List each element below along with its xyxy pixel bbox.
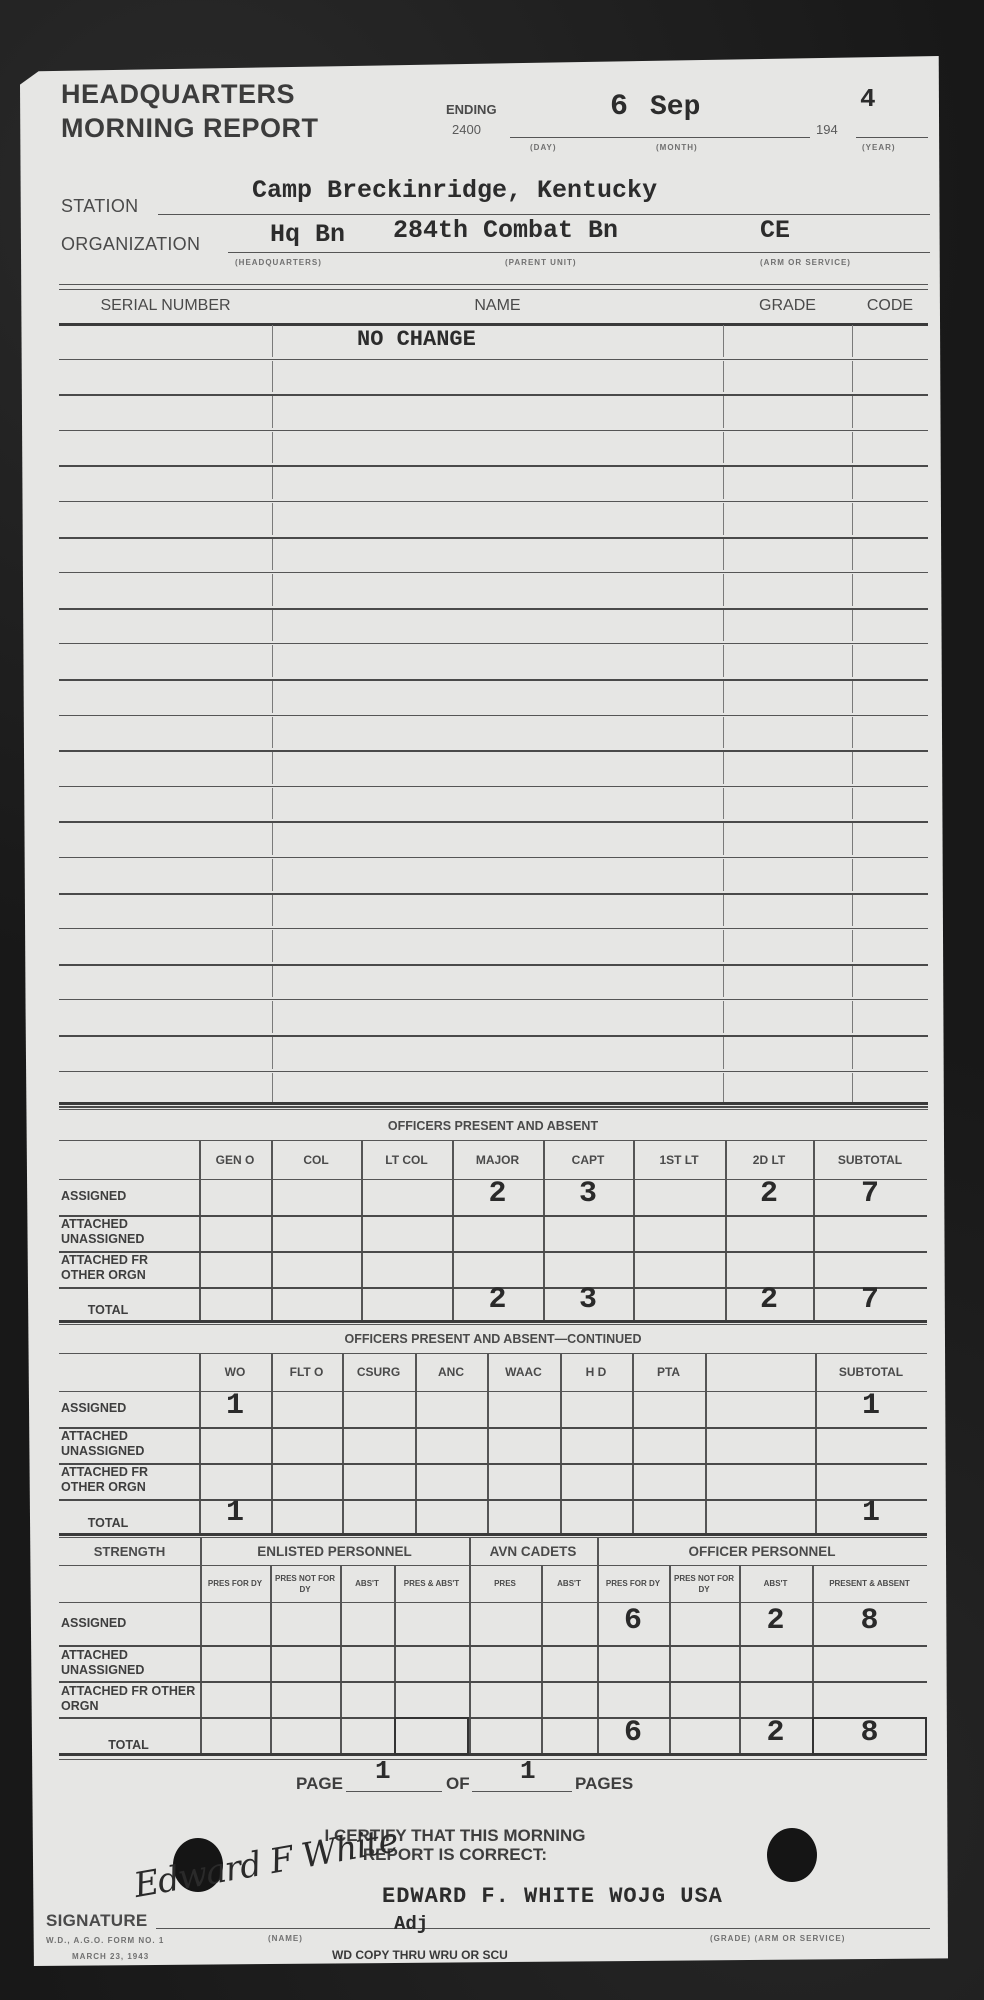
officers_continued-cell[interactable] [705, 1423, 815, 1463]
officers_continued-col-header: PTA [632, 1353, 705, 1391]
officers_continued-cell[interactable] [271, 1495, 342, 1533]
strength-cell[interactable] [469, 1598, 541, 1645]
caption-month: (MONTH) [656, 143, 698, 152]
station-value[interactable]: Camp Breckinridge, Kentucky [252, 176, 657, 205]
roster-row[interactable] [59, 359, 928, 394]
officers_continued-cell[interactable] [705, 1495, 815, 1533]
strength-cell[interactable] [394, 1598, 469, 1645]
officers-cell[interactable]: 2 [725, 1175, 813, 1215]
strength-group-header: OFFICER PERSONNEL [597, 1537, 927, 1565]
roster-row[interactable] [59, 857, 928, 893]
strength-cell[interactable] [541, 1713, 597, 1753]
handwritten-signature[interactable]: Edward F White [131, 1820, 401, 1906]
officers-col-header: 1ST LT [633, 1140, 725, 1179]
strength-cell[interactable] [340, 1677, 394, 1717]
officers_continued-cell[interactable]: 1 [199, 1495, 271, 1533]
officers-cell[interactable] [813, 1211, 927, 1251]
strength-cell[interactable] [270, 1713, 340, 1753]
officers-cell[interactable] [543, 1247, 633, 1287]
form-title-line1: HEADQUARTERS [61, 78, 295, 110]
officers-col-header: GEN O [199, 1140, 271, 1179]
officers_continued-cell[interactable] [815, 1423, 927, 1463]
officers_continued-col-header: CSURG [342, 1353, 415, 1391]
serial-number-cell[interactable] [59, 327, 272, 359]
roster-row[interactable] [59, 750, 928, 786]
year-digit[interactable]: 4 [860, 84, 876, 114]
officers_continued-row-line [59, 1533, 927, 1536]
officers_continued-cell[interactable] [271, 1387, 342, 1427]
header-serial-number: SERIAL NUMBER [59, 292, 272, 320]
strength-col-header: PRES NOT FOR DY [270, 1567, 340, 1600]
page-label: PAGE [296, 1774, 343, 1794]
officers_continued-row-label: ASSIGNED [61, 1391, 195, 1427]
officers-cell[interactable] [199, 1211, 271, 1251]
name-cell[interactable]: NO CHANGE [357, 327, 723, 359]
officers-cell[interactable] [633, 1175, 725, 1215]
strength-cell[interactable]: 6 [597, 1713, 669, 1753]
officers-cell[interactable]: 2 [725, 1283, 813, 1320]
strength-cell[interactable] [340, 1598, 394, 1645]
strength-cell[interactable] [812, 1677, 927, 1717]
officers_continued-cell[interactable] [560, 1495, 632, 1533]
roster-row[interactable] [59, 821, 928, 857]
form-date: MARCH 23, 1943 [72, 1952, 149, 1961]
officers_continued-title: OFFICERS PRESENT AND ABSENT—CONTINUED [59, 1326, 927, 1351]
officers-cell[interactable] [452, 1247, 543, 1287]
officers_continued-cell[interactable] [487, 1423, 560, 1463]
strength-col-header: PRES [469, 1567, 541, 1600]
caption-day: (DAY) [530, 143, 556, 152]
row-label-text: ASSIGNED [61, 1189, 126, 1204]
officers-row-label: ATTACHED UNASSIGNED [61, 1215, 195, 1251]
officers_continued-cell[interactable]: 1 [199, 1387, 271, 1427]
officers_continued-col-header: FLT O [271, 1353, 342, 1391]
officers-row-label: ASSIGNED [61, 1179, 195, 1215]
strength-cell[interactable] [739, 1677, 812, 1717]
strength-cell[interactable] [469, 1713, 541, 1753]
code-cell[interactable] [852, 327, 928, 359]
org-parent-unit-value[interactable]: 284th Combat Bn [393, 216, 618, 245]
officers-cell[interactable] [199, 1283, 271, 1320]
of-label: OF [446, 1774, 470, 1794]
officers-cell[interactable]: 7 [813, 1283, 927, 1320]
strength-cell[interactable]: 6 [597, 1598, 669, 1645]
roster-row[interactable] [59, 430, 928, 465]
officers-cell[interactable] [361, 1247, 452, 1287]
row-label-text: ASSIGNED [61, 1616, 126, 1631]
caption-name: (NAME) [268, 1934, 303, 1943]
strength-col-header: PRES FOR DY [200, 1567, 270, 1600]
officers_continued-cell[interactable] [705, 1387, 815, 1427]
roster-row[interactable] [59, 928, 928, 964]
signature-line [156, 1928, 930, 1929]
roster-row[interactable] [59, 537, 928, 572]
officers-col-header: SUBTOTAL [813, 1140, 927, 1179]
header-grade: GRADE [723, 292, 852, 320]
officers-cell[interactable] [813, 1247, 927, 1287]
officers-cell[interactable] [633, 1211, 725, 1251]
officers_continued-cell[interactable] [415, 1459, 487, 1499]
strength-cell[interactable] [200, 1598, 270, 1645]
strength-cell[interactable] [669, 1677, 739, 1717]
roster-bottom-double-2 [59, 1109, 928, 1110]
caption-parent-unit: (PARENT UNIT) [505, 258, 577, 267]
strength-cell[interactable] [597, 1677, 669, 1717]
officers_continued-cell[interactable] [342, 1387, 415, 1427]
officers-col-header: COL [271, 1140, 361, 1179]
officers-row-label: TOTAL [61, 1287, 195, 1320]
row-label-text: ATTACHED FR OTHER ORGN [61, 1465, 195, 1495]
officers_continued-col-header: ANC [415, 1353, 487, 1391]
officers-cell[interactable] [725, 1247, 813, 1287]
roster-bottom-double-1 [59, 1102, 928, 1105]
roster-row[interactable] [59, 786, 928, 821]
strength-cell[interactable] [200, 1677, 270, 1717]
officers_continued-cell[interactable] [487, 1459, 560, 1499]
strength-col-header: PRESENT & ABSENT [812, 1567, 927, 1600]
officers-row-label: ATTACHED FR OTHER ORGN [61, 1251, 195, 1287]
organization-label: ORGANIZATION [61, 234, 200, 255]
officers-cell[interactable] [199, 1175, 271, 1215]
strength-col-header: ABS'T [340, 1567, 394, 1600]
strength-col-header: PRES & ABS'T [394, 1567, 469, 1600]
officers_continued-row-label: TOTAL [61, 1499, 195, 1533]
enlisted-total-box [394, 1717, 469, 1755]
roster-top-line [59, 284, 928, 285]
signature-label: SIGNATURE [46, 1911, 148, 1931]
row-label-text: TOTAL [108, 1738, 149, 1753]
roster-row[interactable] [59, 394, 928, 430]
strength-col-header: PRES FOR DY [597, 1567, 669, 1600]
month-value[interactable]: Sep [650, 92, 700, 123]
strength-cell[interactable] [669, 1641, 739, 1681]
caption-arm-service: (ARM OR SERVICE) [760, 258, 851, 267]
officers_continued-cell[interactable] [487, 1495, 560, 1533]
row-label-text: ASSIGNED [61, 1401, 126, 1416]
year-line [856, 137, 928, 138]
strength-cell[interactable] [394, 1677, 469, 1717]
officers-row-line [59, 1320, 927, 1323]
strength-cell[interactable] [739, 1641, 812, 1681]
officers_continued-cell[interactable] [199, 1423, 271, 1463]
strength-cell[interactable] [669, 1598, 739, 1645]
morning-report-form: HEADQUARTERS MORNING REPORT ENDING 2400 … [20, 56, 948, 1966]
page-number-line [346, 1791, 442, 1792]
strength-group-header: AVN CADETS [469, 1537, 597, 1565]
roster-row[interactable] [59, 1071, 928, 1106]
row-label-text: TOTAL [88, 1516, 129, 1531]
roster-row[interactable] [59, 501, 928, 537]
row-label-text: ATTACHED UNASSIGNED [61, 1217, 195, 1247]
strength-cell[interactable] [669, 1713, 739, 1753]
organization-line [228, 252, 930, 253]
page-number[interactable]: 1 [375, 1756, 391, 1786]
officers-cell[interactable] [633, 1247, 725, 1287]
officers_continued-cell[interactable]: 1 [815, 1495, 927, 1533]
officers-cell[interactable]: 7 [813, 1175, 927, 1215]
officers-continued-top [59, 1324, 927, 1325]
officers_continued-cell[interactable] [632, 1423, 705, 1463]
strength-cell[interactable] [812, 1641, 927, 1681]
strength-label: STRENGTH [59, 1537, 200, 1565]
strength-cell[interactable] [270, 1641, 340, 1681]
officers-cell[interactable] [361, 1175, 452, 1215]
strength-row-label: ATTACHED FR OTHER ORGN [61, 1681, 196, 1717]
officers_continued-cell[interactable] [271, 1423, 342, 1463]
strength-row-line [59, 1753, 927, 1756]
row-label-text: ATTACHED UNASSIGNED [61, 1429, 195, 1459]
ending-time: 2400 [452, 122, 481, 137]
strength-cell[interactable] [469, 1677, 541, 1717]
roster-row[interactable] [59, 964, 928, 999]
strength-cell[interactable]: 2 [739, 1598, 812, 1645]
header-code: CODE [852, 292, 928, 320]
strength-row-label: ASSIGNED [61, 1602, 196, 1645]
strength-cell[interactable] [270, 1598, 340, 1645]
row-label-text: TOTAL [88, 1303, 129, 1318]
officers_continued-cell[interactable] [342, 1495, 415, 1533]
caption-year: (YEAR) [862, 143, 896, 152]
year-prefix: 194 [816, 122, 838, 137]
officers_continued-cell[interactable] [560, 1387, 632, 1427]
roster-row[interactable] [59, 715, 928, 750]
strength-cell[interactable] [270, 1677, 340, 1717]
org-arm-service-value[interactable]: CE [760, 216, 790, 245]
row-label-text: ATTACHED FR OTHER ORGN [61, 1253, 195, 1283]
officers-cell[interactable] [725, 1211, 813, 1251]
grade-cell[interactable] [723, 327, 852, 359]
officers-cell[interactable] [271, 1175, 361, 1215]
roster-row[interactable] [59, 643, 928, 679]
strength-group-header: ENLISTED PERSONNEL [200, 1537, 469, 1565]
roster-row[interactable] [59, 999, 928, 1035]
officers_continued-cell[interactable] [342, 1423, 415, 1463]
officer-total-box [812, 1717, 927, 1755]
strength-col-header: ABS'T [739, 1567, 812, 1600]
strength-cell[interactable]: 8 [812, 1598, 927, 1645]
officers_continued-col-header: WAAC [487, 1353, 560, 1391]
officers-col-header: CAPT [543, 1140, 633, 1179]
officers_continued-cell[interactable] [415, 1495, 487, 1533]
strength-cell[interactable] [394, 1641, 469, 1681]
roster-row[interactable] [59, 1035, 928, 1071]
officers_continued-cell[interactable] [415, 1387, 487, 1427]
header-name: NAME [272, 292, 723, 320]
officers_continued-cell[interactable] [199, 1459, 271, 1499]
officers-cell[interactable] [361, 1283, 452, 1320]
officers-cell[interactable] [361, 1211, 452, 1251]
station-line [158, 214, 930, 215]
officers-cell[interactable]: 3 [543, 1175, 633, 1215]
caption-grade-arm: (GRADE) (ARM OR SERVICE) [710, 1934, 845, 1943]
signer-typed-name[interactable]: EDWARD F. WHITE WOJG USA [382, 1884, 723, 1909]
officers_continued-cell[interactable] [632, 1387, 705, 1427]
strength-cell[interactable] [200, 1713, 270, 1753]
strength-cell[interactable] [200, 1641, 270, 1681]
officers-cell[interactable] [199, 1247, 271, 1287]
officers-col-header: 2D LT [725, 1140, 813, 1179]
officers-cell[interactable]: 3 [543, 1283, 633, 1320]
officers_continued-col-header: SUBTOTAL [815, 1353, 927, 1391]
strength-cell[interactable] [541, 1677, 597, 1717]
officers_continued-col-header: H D [560, 1353, 632, 1391]
officers_continued-cell[interactable] [560, 1459, 632, 1499]
station-label: STATION [61, 196, 138, 217]
strength-group-bottom [59, 1565, 927, 1566]
officers_continued-cell[interactable] [342, 1459, 415, 1499]
officers-cell[interactable] [271, 1283, 361, 1320]
bottom-stamp: WD COPY THRU WRU OR SCU [332, 1948, 508, 1962]
officers_continued-cell[interactable] [705, 1459, 815, 1499]
officers_continued-row-label: ATTACHED UNASSIGNED [61, 1427, 195, 1463]
roster-row[interactable] [59, 608, 928, 643]
row-label-text: ATTACHED FR OTHER ORGN [61, 1684, 196, 1714]
officers-cell[interactable] [543, 1211, 633, 1251]
caption-headquarters: (HEADQUARTERS) [235, 258, 322, 267]
strength-cell[interactable] [340, 1713, 394, 1753]
officers_continued-cell[interactable] [632, 1459, 705, 1499]
date-line [510, 137, 810, 138]
officers-cell[interactable] [452, 1211, 543, 1251]
roster-row-line [59, 1106, 928, 1108]
ending-label: ENDING [446, 102, 497, 117]
officers_continued-col-header [705, 1353, 815, 1391]
officers-col-header: MAJOR [452, 1140, 543, 1179]
strength-col-header: PRES NOT FOR DY [669, 1567, 739, 1600]
officers-title: OFFICERS PRESENT AND ABSENT [59, 1112, 927, 1138]
officers_continued-col-header: WO [199, 1353, 271, 1391]
strength-cell[interactable] [340, 1641, 394, 1681]
officers-col-header: LT COL [361, 1140, 452, 1179]
strength-row-label: ATTACHED UNASSIGNED [61, 1645, 196, 1681]
signer-title[interactable]: Adj [394, 1913, 428, 1935]
officers_continued-cell[interactable] [815, 1459, 927, 1499]
strength-cell[interactable] [469, 1641, 541, 1681]
strength-col-header: ABS'T [541, 1567, 597, 1600]
roster-row[interactable] [59, 893, 928, 928]
roster-top-line-2 [59, 289, 928, 290]
officers-cell[interactable]: 2 [452, 1283, 543, 1320]
officers-cell[interactable] [271, 1247, 361, 1287]
officers-cell[interactable]: 2 [452, 1175, 543, 1215]
officers_continued-row-label: ATTACHED FR OTHER ORGN [61, 1463, 195, 1499]
officers-cell[interactable] [271, 1211, 361, 1251]
strength-bottom-double [59, 1759, 927, 1760]
officers_continued-cell[interactable] [560, 1423, 632, 1463]
roster-row[interactable] [59, 572, 928, 608]
officers-cell[interactable] [633, 1283, 725, 1320]
strength-cell[interactable] [597, 1641, 669, 1681]
pages-label: PAGES [575, 1774, 633, 1794]
strength-cell[interactable] [541, 1641, 597, 1681]
page-total[interactable]: 1 [520, 1756, 536, 1786]
roster-row[interactable] [59, 465, 928, 501]
org-headquarters-value[interactable]: Hq Bn [270, 220, 345, 249]
page-total-line [472, 1791, 572, 1792]
form-title-line2: MORNING REPORT [61, 112, 319, 144]
officers_continued-cell[interactable] [632, 1495, 705, 1533]
strength-cell[interactable] [541, 1598, 597, 1645]
officers_continued-cell[interactable] [415, 1423, 487, 1463]
strength-cell[interactable]: 2 [739, 1713, 812, 1753]
row-label-text: ATTACHED UNASSIGNED [61, 1648, 196, 1678]
officers_continued-cell[interactable] [271, 1459, 342, 1499]
punch-hole-right [767, 1828, 817, 1882]
officers_continued-cell[interactable] [487, 1387, 560, 1427]
officers_continued-cell[interactable]: 1 [815, 1387, 927, 1427]
roster-row[interactable] [59, 679, 928, 715]
day-value[interactable]: 6 [610, 90, 628, 124]
form-number: W.D., A.G.O. FORM NO. 1 [46, 1936, 164, 1945]
